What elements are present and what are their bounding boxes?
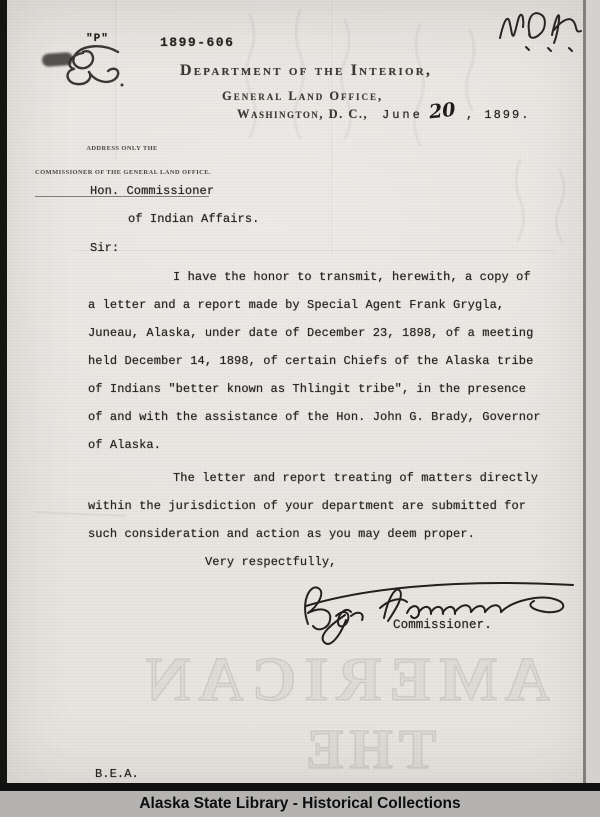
address-note-line1: ADDRESS ONLY THE [35, 145, 209, 153]
closing: Very respectfully, [205, 555, 336, 569]
body-line: within the jurisdiction of your departme… [88, 499, 526, 513]
scan-edge-right-line [583, 0, 586, 791]
body-line: held December 14, 1898, of certain Chief… [88, 354, 533, 368]
bleed-through-word-the: THE [300, 718, 436, 782]
letterhead-department: Department of the Interior, [180, 62, 432, 80]
file-number: 1899-606 [160, 35, 234, 50]
signature-script [288, 572, 578, 652]
date-month: June [382, 108, 423, 122]
body-line: of and with the assistance of the Hon. J… [88, 410, 541, 424]
bleed-through-word-american: AMERICAN [138, 645, 550, 716]
salutation: Sir: [90, 241, 119, 255]
scan-edge-right [586, 0, 600, 791]
footer-credit-label: Alaska State Library - Historical Collec… [139, 795, 460, 812]
body-line: of Alaska. [88, 438, 161, 452]
body-line: of Indians "better known as Thlingit tri… [88, 382, 526, 396]
address-note-line2: COMMISSIONER OF THE GENERAL LAND OFFICE. [35, 169, 209, 177]
handwritten-initials-wdh [496, 4, 586, 52]
body-line: I have the honor to transmit, herewith, … [173, 270, 531, 284]
signature-title: Commissioner. [393, 618, 492, 632]
date-year: , 1899. [466, 108, 530, 122]
scan-photo: AMERICAN THE "P" [0, 0, 600, 791]
monogram-flourish-icon [62, 42, 128, 92]
scan-edge-left [0, 0, 7, 791]
recipient-line1: Hon. Commissioner [90, 184, 214, 198]
body-line: Juneau, Alaska, under date of December 2… [88, 326, 533, 340]
clerk-initials: B.E.A. [95, 767, 139, 781]
body-line: such consideration and action as you may… [88, 527, 475, 541]
recipient-line2: of Indian Affairs. [128, 212, 259, 226]
letterhead-city: Washington, D. C., [237, 107, 368, 122]
body-line: The letter and report treating of matter… [173, 471, 538, 485]
scan-edge-bottom [0, 783, 600, 791]
body-line: a letter and a report made by Special Ag… [88, 298, 504, 312]
letterhead-office: General Land Office, [222, 89, 383, 104]
handwritten-date-day: 20 [428, 99, 457, 124]
footer-credit-bar: Alaska State Library - Historical Collec… [0, 791, 600, 817]
